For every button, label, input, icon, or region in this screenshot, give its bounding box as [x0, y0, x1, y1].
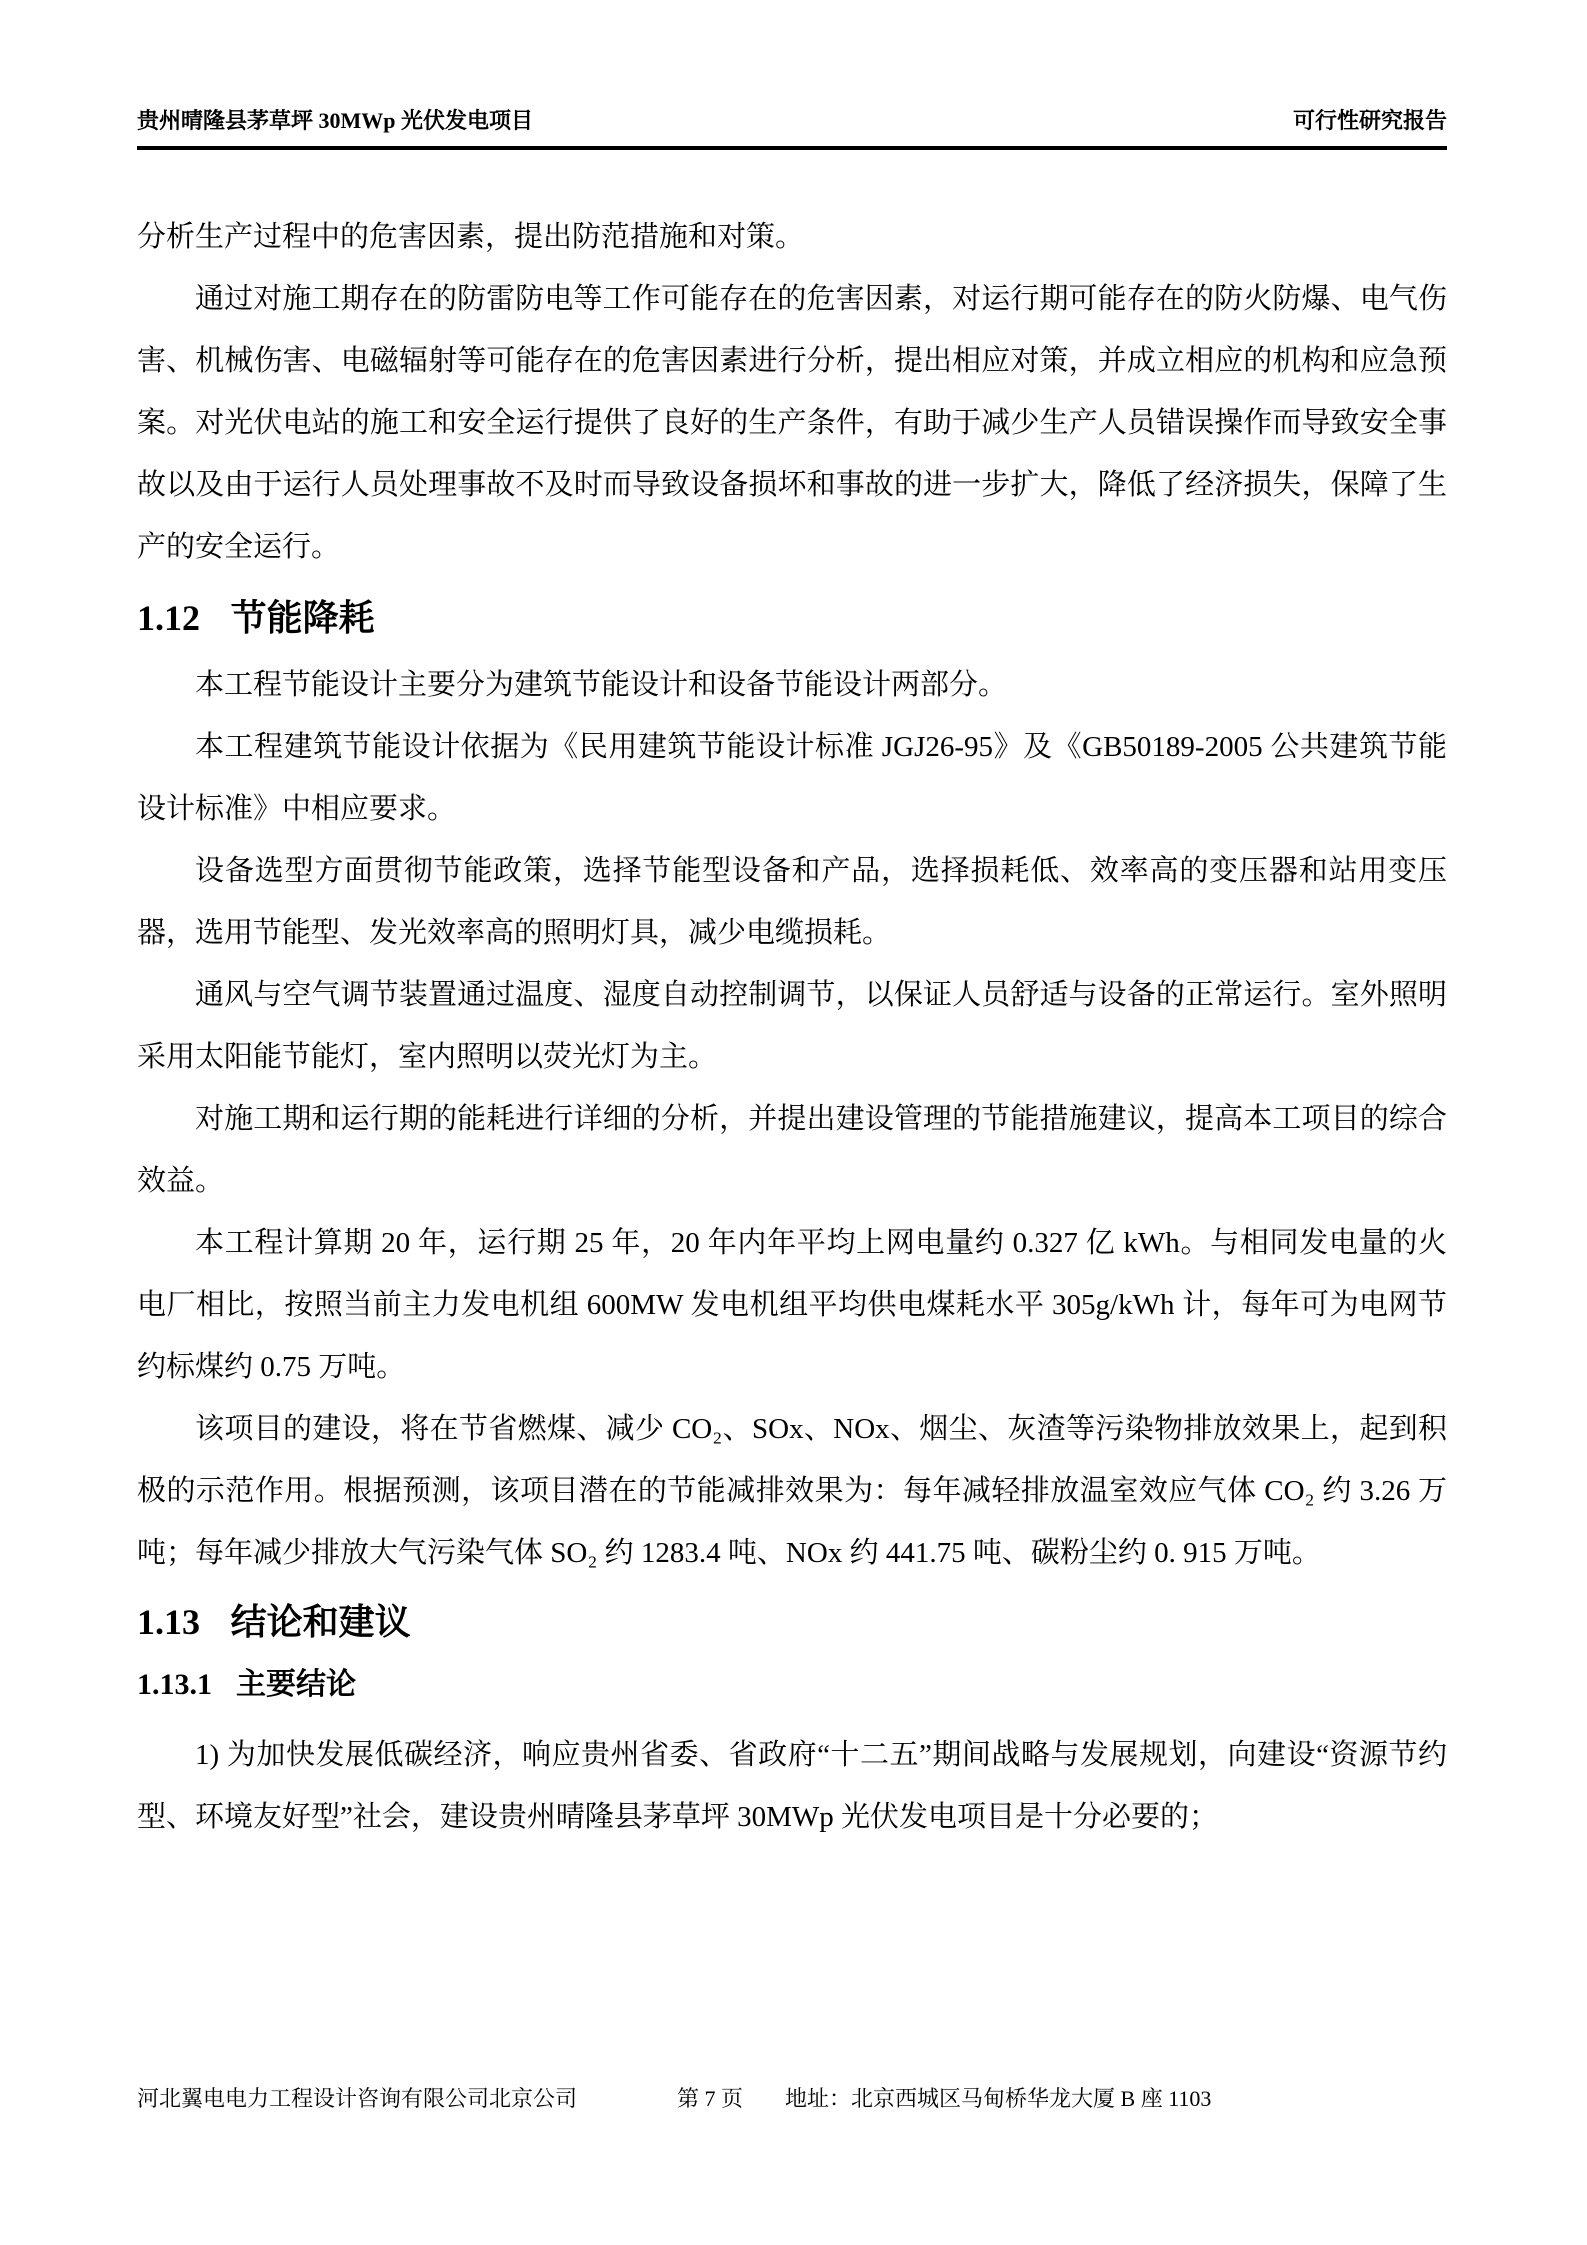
section-heading-1-12: 1.12节能降耗 [137, 586, 1447, 650]
page-header: 贵州晴隆县茅草坪 30MWp 光伏发电项目 可行性研究报告 [137, 104, 1447, 135]
footer-address: 地址：北京西城区马甸桥华龙大厦 B 座 1103 [785, 2082, 1211, 2113]
section-heading-1-13: 1.13结论和建议 [137, 1590, 1447, 1654]
section-title: 结论和建议 [231, 1602, 411, 1642]
paragraph-energy-consumption-analysis: 对施工期和运行期的能耗进行详细的分析，并提出建设管理的节能措施建议，提高本工项目… [137, 1088, 1447, 1212]
subsection-title: 主要结论 [236, 1668, 356, 1701]
subsection-number: 1.13.1 [137, 1668, 212, 1701]
page-footer: 河北翼电电力工程设计咨询有限公司北京公司 第 7 页 地址：北京西城区马甸桥华龙… [137, 2082, 1447, 2113]
paragraph-safety-analysis: 通过对施工期存在的防雷防电等工作可能存在的危害因素，对运行期可能存在的防火防爆、… [137, 268, 1447, 578]
paragraph-conclusion-item-1: 1) 为加快发展低碳经济，响应贵州省委、省政府“十二五”期间战略与发展规划，向建… [137, 1724, 1447, 1848]
header-divider-rule [137, 146, 1447, 150]
paragraph-building-energy-standard: 本工程建筑节能设计依据为《民用建筑节能设计标准 JGJ26-95》及《GB501… [137, 716, 1447, 840]
paragraph-equipment-selection: 设备选型方面贯彻节能政策，选择节能型设备和产品，选择损耗低、效率高的变压器和站用… [137, 840, 1447, 964]
paragraph-coal-saving: 本工程计算期 20 年，运行期 25 年，20 年内年平均上网电量约 0.327… [137, 1212, 1447, 1398]
footer-page-number: 第 7 页 [677, 2082, 743, 2113]
document-page: 贵州晴隆县茅草坪 30MWp 光伏发电项目 可行性研究报告 分析生产过程中的危害… [0, 0, 1587, 2245]
header-doc-type: 可行性研究报告 [1293, 104, 1447, 135]
footer-company-name: 河北翼电电力工程设计咨询有限公司北京公司 [137, 2082, 577, 2113]
section-title: 节能降耗 [231, 598, 375, 638]
header-project-title: 贵州晴隆县茅草坪 30MWp 光伏发电项目 [137, 104, 533, 135]
paragraph-emission-reduction: 该项目的建设，将在节省燃煤、减少 CO₂、SOx、NOx、烟尘、灰渣等污染物排放… [137, 1398, 1447, 1584]
document-body: 分析生产过程中的危害因素，提出防范措施和对策。 通过对施工期存在的防雷防电等工作… [137, 206, 1447, 1848]
subsection-heading-1-13-1: 1.13.1主要结论 [137, 1654, 1447, 1716]
paragraph-energy-design-parts: 本工程节能设计主要分为建筑节能设计和设备节能设计两部分。 [137, 654, 1447, 716]
section-number: 1.12 [137, 598, 200, 638]
paragraph-hazard-summary: 分析生产过程中的危害因素，提出防范措施和对策。 [137, 206, 1447, 268]
section-number: 1.13 [137, 1602, 200, 1642]
paragraph-ventilation-lighting: 通风与空气调节装置通过温度、湿度自动控制调节，以保证人员舒适与设备的正常运行。室… [137, 964, 1447, 1088]
